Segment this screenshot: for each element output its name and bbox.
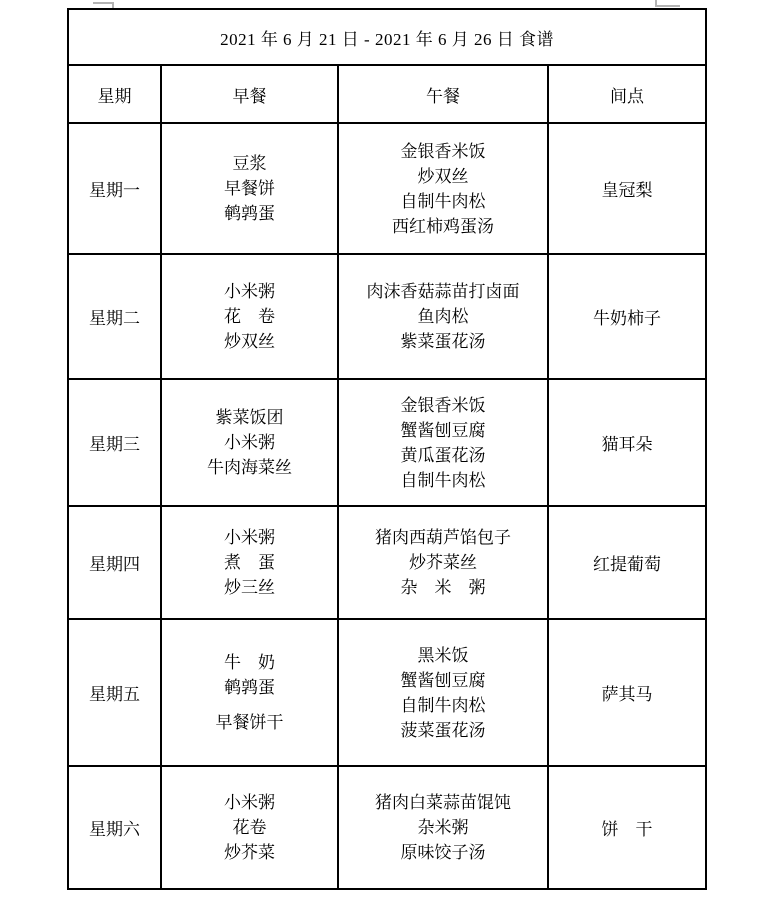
menu-item-line: 紫菜蛋花汤 — [339, 329, 547, 354]
menu-item-line: 鱼肉松 — [339, 304, 547, 329]
menu-item-line: 鹌鹑蛋 — [162, 201, 337, 226]
breakfast-cell: 小米粥花卷炒芥菜 — [161, 766, 338, 889]
menu-row: 星期六小米粥花卷炒芥菜猪肉白菜蒜苗馄饨杂米粥原味饺子汤饼 干 — [68, 766, 706, 889]
snack-cell: 红提葡萄 — [548, 506, 706, 619]
menu-item-line: 早餐饼 — [162, 176, 337, 201]
weekday-cell: 星期三 — [68, 379, 161, 506]
menu-table: 2021 年 6 月 21 日 - 2021 年 6 月 26 日 食谱 星期 … — [67, 8, 707, 890]
ruler-mark-left-horizontal — [93, 2, 114, 4]
menu-item-line: 西红柿鸡蛋汤 — [339, 214, 547, 239]
menu-row: 星期二小米粥花 卷炒双丝肉沫香菇蒜苗打卤面鱼肉松紫菜蛋花汤牛奶柿子 — [68, 254, 706, 379]
menu-item-line: 牛 奶 — [162, 650, 337, 675]
menu-item-line: 杂米粥 — [339, 815, 547, 840]
menu-item-line: 小米粥 — [162, 525, 337, 550]
menu-item-line: 炒芥菜 — [162, 840, 337, 865]
menu-item-line: 炒三丝 — [162, 575, 337, 600]
menu-item-line: 花卷 — [162, 815, 337, 840]
header-breakfast: 早餐 — [161, 65, 338, 123]
menu-item-line: 小米粥 — [162, 279, 337, 304]
menu-item-line: 小米粥 — [162, 430, 337, 455]
lunch-cell: 金银香米饭炒双丝自制牛肉松西红柿鸡蛋汤 — [338, 123, 548, 254]
snack-cell: 萨其马 — [548, 619, 706, 766]
menu-item-line: 蟹酱刨豆腐 — [339, 668, 547, 693]
menu-item-line: 花 卷 — [162, 304, 337, 329]
header-snack: 间点 — [548, 65, 706, 123]
weekday-cell: 星期六 — [68, 766, 161, 889]
menu-item-line: 煮 蛋 — [162, 550, 337, 575]
header-row: 星期 早餐 午餐 间点 — [68, 65, 706, 123]
menu-item-line: 猪肉西葫芦馅包子 — [339, 525, 547, 550]
lunch-cell: 金银香米饭蟹酱刨豆腐黄瓜蛋花汤自制牛肉松 — [338, 379, 548, 506]
weekday-cell: 星期一 — [68, 123, 161, 254]
weekday-cell: 星期四 — [68, 506, 161, 619]
menu-item-line: 猪肉白菜蒜苗馄饨 — [339, 790, 547, 815]
menu-row: 星期三紫菜饭团小米粥牛肉海菜丝金银香米饭蟹酱刨豆腐黄瓜蛋花汤自制牛肉松猫耳朵 — [68, 379, 706, 506]
menu-item-line: 菠菜蛋花汤 — [339, 718, 547, 743]
menu-item-line: 金银香米饭 — [339, 139, 547, 164]
menu-item-line: 小米粥 — [162, 790, 337, 815]
snack-cell: 饼 干 — [548, 766, 706, 889]
menu-row: 星期五牛 奶鹌鹑蛋早餐饼干黑米饭蟹酱刨豆腐自制牛肉松菠菜蛋花汤萨其马 — [68, 619, 706, 766]
breakfast-cell: 小米粥花 卷炒双丝 — [161, 254, 338, 379]
weekday-cell: 星期二 — [68, 254, 161, 379]
breakfast-cell: 紫菜饭团小米粥牛肉海菜丝 — [161, 379, 338, 506]
menu-item-line: 自制牛肉松 — [339, 189, 547, 214]
menu-item-line: 鹌鹑蛋 — [162, 675, 337, 700]
menu-body: 星期一豆浆早餐饼鹌鹑蛋金银香米饭炒双丝自制牛肉松西红柿鸡蛋汤皇冠梨星期二小米粥花… — [68, 123, 706, 889]
menu-item-line: 炒双丝 — [162, 329, 337, 354]
menu-row: 星期四小米粥煮 蛋炒三丝猪肉西葫芦馅包子炒芥菜丝杂 米 粥红提葡萄 — [68, 506, 706, 619]
ruler-mark-right-horizontal — [655, 5, 680, 7]
menu-item-line: 自制牛肉松 — [339, 693, 547, 718]
lunch-cell: 猪肉西葫芦馅包子炒芥菜丝杂 米 粥 — [338, 506, 548, 619]
snack-cell: 牛奶柿子 — [548, 254, 706, 379]
header-lunch: 午餐 — [338, 65, 548, 123]
menu-item-line: 蟹酱刨豆腐 — [339, 418, 547, 443]
menu-row: 星期一豆浆早餐饼鹌鹑蛋金银香米饭炒双丝自制牛肉松西红柿鸡蛋汤皇冠梨 — [68, 123, 706, 254]
menu-item-line — [162, 700, 337, 710]
breakfast-cell: 豆浆早餐饼鹌鹑蛋 — [161, 123, 338, 254]
snack-cell: 皇冠梨 — [548, 123, 706, 254]
menu-item-line: 自制牛肉松 — [339, 468, 547, 493]
menu-item-line: 黄瓜蛋花汤 — [339, 443, 547, 468]
title-row: 2021 年 6 月 21 日 - 2021 年 6 月 26 日 食谱 — [68, 9, 706, 65]
breakfast-cell: 小米粥煮 蛋炒三丝 — [161, 506, 338, 619]
page-title: 2021 年 6 月 21 日 - 2021 年 6 月 26 日 食谱 — [68, 9, 706, 65]
weekday-cell: 星期五 — [68, 619, 161, 766]
menu-item-line: 炒芥菜丝 — [339, 550, 547, 575]
menu-item-line: 炒双丝 — [339, 164, 547, 189]
snack-cell: 猫耳朵 — [548, 379, 706, 506]
menu-item-line: 金银香米饭 — [339, 393, 547, 418]
menu-item-line: 肉沫香菇蒜苗打卤面 — [339, 279, 547, 304]
menu-item-line: 黑米饭 — [339, 643, 547, 668]
menu-item-line: 早餐饼干 — [162, 710, 337, 735]
menu-item-line: 紫菜饭团 — [162, 405, 337, 430]
lunch-cell: 猪肉白菜蒜苗馄饨杂米粥原味饺子汤 — [338, 766, 548, 889]
menu-item-line: 牛肉海菜丝 — [162, 455, 337, 480]
lunch-cell: 肉沫香菇蒜苗打卤面鱼肉松紫菜蛋花汤 — [338, 254, 548, 379]
lunch-cell: 黑米饭蟹酱刨豆腐自制牛肉松菠菜蛋花汤 — [338, 619, 548, 766]
menu-item-line: 豆浆 — [162, 151, 337, 176]
menu-item-line: 原味饺子汤 — [339, 840, 547, 865]
header-weekday: 星期 — [68, 65, 161, 123]
menu-item-line: 杂 米 粥 — [339, 575, 547, 600]
breakfast-cell: 牛 奶鹌鹑蛋早餐饼干 — [161, 619, 338, 766]
document-page: 2021 年 6 月 21 日 - 2021 年 6 月 26 日 食谱 星期 … — [0, 0, 771, 897]
